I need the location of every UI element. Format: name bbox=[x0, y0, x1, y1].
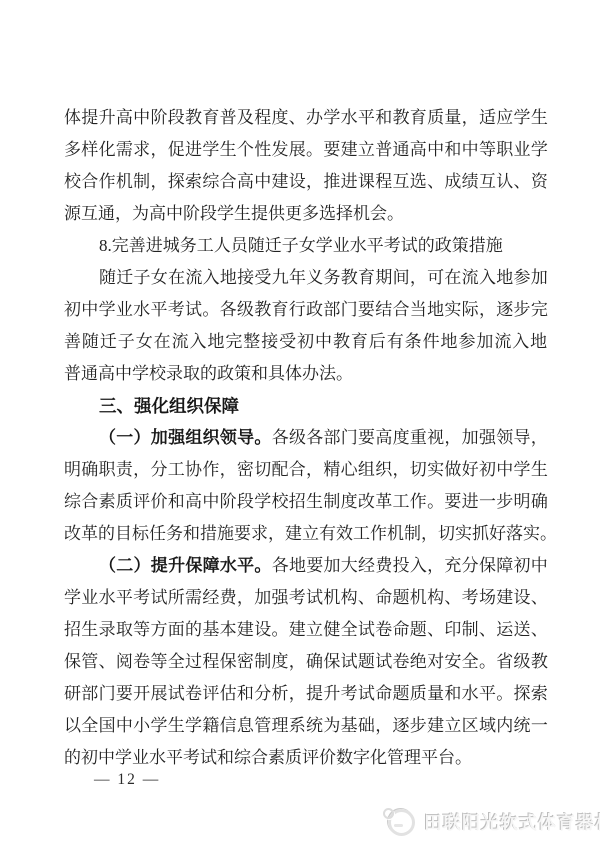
paragraph-continuation-line: 校合作机制，探索综合高中建设，推进课程互选、成绩互认、资 bbox=[64, 166, 548, 198]
paragraph-line: 明确职责，分工协作，密切配合，精心组织，切实做好初中学生 bbox=[64, 454, 548, 486]
paragraph-line: 初中学业水平考试。各级教育行政部门要结合当地实际，逐步完 bbox=[64, 294, 548, 326]
paragraph-continuation-line: 多样化需求，促进学生个性发展。要建立普通高中和中等职业学 bbox=[64, 134, 548, 166]
document-page: 体提升高中阶段教育普及程度、办学水平和教育质量，适应学生多样化需求，促进学生个性… bbox=[0, 0, 600, 848]
paragraph-line: 研部门要开展试卷评估和分析，提升考试命题质量和水平。探索 bbox=[64, 678, 548, 710]
paragraph-line: 随迁子女在流入地接受九年义务教育期间，可在流入地参加 bbox=[64, 262, 548, 294]
paragraph-line: 善随迁子女在流入地完整接受初中教育后有条件地参加流入地 bbox=[64, 326, 548, 358]
section-heading-line: 三、强化组织保障 bbox=[64, 390, 548, 422]
paragraph-line: 保管、阅卷等全过程保密制度，确保试题试卷绝对安全。省级教 bbox=[64, 646, 548, 678]
paragraph-text: 各地要加大经费投入，充分保障初中 bbox=[272, 556, 548, 575]
paragraph-line: 学业水平考试所需经费，加强考试机构、命题机构、考场建设、 bbox=[64, 582, 548, 614]
paragraph-line: 招生录取等方面的基本建设。建立健全试卷命题、印制、运送、 bbox=[64, 614, 548, 646]
paragraph-line: 以全国中小学生学籍信息管理系统为基础，逐步建立区域内统一 bbox=[64, 710, 548, 742]
paragraph-text: 各级各部门要高度重视，加强领导， bbox=[272, 428, 548, 447]
paragraph-line: 普通高中学校录取的政策和具体办法。 bbox=[64, 358, 548, 390]
paragraph-bold-lead: （一）加强组织领导。 bbox=[99, 428, 272, 447]
paragraph-continuation-line: 体提升高中阶段教育普及程度、办学水平和教育质量，适应学生 bbox=[64, 102, 548, 134]
page-number: — 12 — bbox=[94, 768, 160, 792]
paragraph-line: （二）提升保障水平。各地要加大经费投入，充分保障初中 bbox=[64, 550, 548, 582]
paragraph-line: 综合素质评价和高中阶段学校招生制度改革工作。要进一步明确 bbox=[64, 486, 548, 518]
paragraph-line: （一）加强组织领导。各级各部门要高度重视，加强领导， bbox=[64, 422, 548, 454]
document-text-block: 体提升高中阶段教育普及程度、办学水平和教育质量，适应学生多样化需求，促进学生个性… bbox=[64, 102, 548, 774]
paragraph-line: 改革的目标任务和措施要求，建立有效工作机制，切实抓好落实。 bbox=[64, 518, 548, 550]
paragraph-continuation-line: 源互通，为高中阶段学生提供更多选择机会。 bbox=[64, 198, 548, 230]
watermark: 田联阳光软式体育器材 bbox=[388, 806, 600, 838]
paragraph-bold-lead: （二）提升保障水平。 bbox=[99, 556, 272, 575]
numbered-subheading-line: 8.完善进城务工人员随迁子女学业水平考试的政策措施 bbox=[64, 230, 548, 262]
watermark-sun-athlete-logo-icon bbox=[388, 809, 415, 836]
watermark-text: 田联阳光软式体育器材 bbox=[424, 809, 600, 835]
